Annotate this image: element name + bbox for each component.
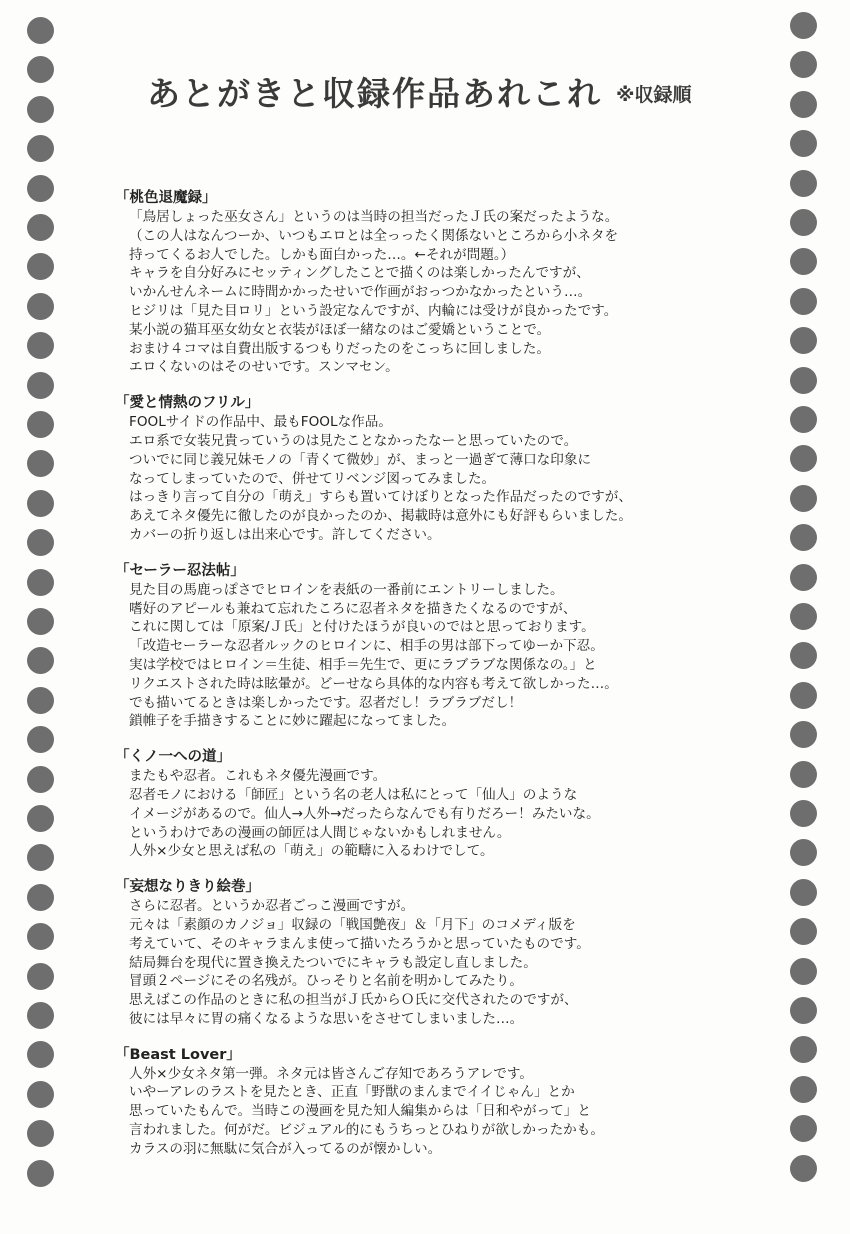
punch-hole-icon [27, 963, 54, 990]
text-line: エロくないのはそのせいです。スンマセン。 [117, 358, 737, 377]
text-line: またもや忍者。これもネタ優先漫画です。 [117, 767, 737, 786]
punch-hole-icon [790, 879, 817, 906]
text-line: なってしまっていたので、併せてリベンジ図ってみました。 [117, 470, 737, 489]
text-line: いやーアレのラストを見たとき、正直「野獣のまんまでイイじゃん」とか [117, 1083, 737, 1102]
punch-hole-icon [790, 445, 817, 472]
punch-hole-icon [790, 642, 817, 669]
punch-hole-icon [27, 96, 54, 123]
punch-hole-icon [790, 12, 817, 39]
punch-hole-icon [27, 923, 54, 950]
punch-hole-icon [27, 372, 54, 399]
text-line: 言われました。何がだ。ビジュアル的にもうちっとひねりが欲しかったかも。 [117, 1121, 737, 1140]
punch-hole-icon [27, 844, 54, 871]
page-title-note: ※収録順 [616, 84, 691, 106]
punch-holes-left [27, 0, 55, 1234]
section-heading: 「セーラー忍法帖」 [115, 561, 737, 581]
punch-hole-icon [790, 1115, 817, 1142]
punch-hole-icon [790, 603, 817, 630]
text-line: イメージがあるので。仙人→人外→だったらなんでも有りだろー！みたいな。 [117, 805, 737, 824]
punch-hole-icon [27, 293, 54, 320]
text-line: 人外×少女ネタ第一弾。ネタ元は皆さんご存知であろうアレです。 [117, 1065, 737, 1084]
punch-hole-icon [27, 1160, 54, 1187]
text-line: ついでに同じ義兄妹モノの「青くて微妙」が、まっと一過ぎて薄口な印象に [117, 451, 737, 470]
text-line: FOOLサイドの作品中、最もFOOLな作品。 [117, 413, 737, 432]
text-line: というわけであの漫画の師匠は人間じゃないかもしれません。 [117, 824, 737, 843]
text-line: エロ系で女装兄貴っていうのは見たことなかったなーと思っていたので。 [117, 432, 737, 451]
section-heading: 「桃色退魔録」 [115, 188, 737, 208]
punch-hole-icon [27, 135, 54, 162]
punch-hole-icon [790, 564, 817, 591]
punch-hole-icon [790, 170, 817, 197]
text-line: さらに忍者。というか忍者ごっこ漫画ですが。 [117, 897, 737, 916]
punch-hole-icon [790, 248, 817, 275]
text-line: あえてネタ優先に徹したのが良かったのか、掲載時は意外にも好評もらいました。 [117, 507, 737, 526]
punch-hole-icon [790, 800, 817, 827]
punch-hole-icon [27, 253, 54, 280]
punch-hole-icon [27, 490, 54, 517]
text-line: カバーの折り返しは出来心です。許してください。 [117, 526, 737, 545]
punch-hole-icon [790, 761, 817, 788]
text-line: でも描いてるときは楽しかったです。忍者だし！ラブラブだし！ [117, 694, 737, 713]
punch-hole-icon [27, 647, 54, 674]
text-line: いかんせんネームに時間かかったせいで作画がおっつかなかったという…。 [117, 283, 737, 302]
section-mousou: 「妄想なりきり絵巻」 さらに忍者。というか忍者ごっこ漫画ですが。 元々は「素顔の… [117, 877, 737, 1029]
punch-hole-icon [27, 726, 54, 753]
section-kunoichi: 「くノ一への道」 またもや忍者。これもネタ優先漫画です。 忍者モノにおける「師匠… [117, 747, 737, 861]
text-line: 結局舞台を現代に置き換えたついでにキャラも設定し直しました。 [117, 954, 737, 973]
page-title: あとがきと収録作品あれこれ※収録順 [147, 68, 691, 115]
punch-hole-icon [27, 529, 54, 556]
afterword-body: 「桃色退魔録」 「鳥居しょった巫女さん」というのは当時の担当だったＪ氏の案だった… [117, 188, 737, 1175]
punch-hole-icon [27, 687, 54, 714]
text-line: 思っていたもんで。当時この漫画を見た知人編集からは「日和やがって」と [117, 1102, 737, 1121]
text-line: 忍者モノにおける「師匠」という名の老人は私にとって「仙人」のような [117, 786, 737, 805]
punch-hole-icon [790, 288, 817, 315]
text-line: 「鳥居しょった巫女さん」というのは当時の担当だったＪ氏の案だったような。 [117, 208, 737, 227]
text-line: 冒頭２ページにその名残が。ひっそりと名前を明かしてみたり。 [117, 972, 737, 991]
punch-hole-icon [27, 766, 54, 793]
punch-hole-icon [790, 485, 817, 512]
punch-hole-icon [790, 997, 817, 1024]
punch-hole-icon [27, 17, 54, 44]
punch-hole-icon [27, 56, 54, 83]
punch-hole-icon [790, 51, 817, 78]
text-line: 思えばこの作品のときに私の担当がＪ氏からＯ氏に交代されたのですが、 [117, 991, 737, 1010]
section-frill: 「愛と情熱のフリル」 FOOLサイドの作品中、最もFOOLな作品。 エロ系で女装… [117, 393, 737, 545]
text-line: （この人はなんつーか、いつもエロとは全っったく関係ないところから小ネタを [117, 227, 737, 246]
punch-hole-icon [790, 406, 817, 433]
text-line: 考えていて、そのキャラまんま使って描いたろうかと思っていたものです。 [117, 935, 737, 954]
text-line: はっきり言って自分の「萌え」すらも置いてけぼりとなった作品だったのですが、 [117, 488, 737, 507]
punch-hole-icon [27, 608, 54, 635]
punch-hole-icon [27, 569, 54, 596]
punch-hole-icon [27, 805, 54, 832]
text-line: 彼には早々に胃の痛くなるような思いをさせてしまいました…。 [117, 1010, 737, 1029]
punch-hole-icon [27, 214, 54, 241]
punch-hole-icon [790, 91, 817, 118]
section-momoiro: 「桃色退魔録」 「鳥居しょった巫女さん」というのは当時の担当だったＪ氏の案だった… [117, 188, 737, 377]
punch-hole-icon [790, 958, 817, 985]
text-line: これに関しては「原案/Ｊ氏」と付けたほうが良いのではと思っております。 [117, 618, 737, 637]
punch-hole-icon [27, 332, 54, 359]
punch-hole-icon [27, 1041, 54, 1068]
punch-hole-icon [27, 1120, 54, 1147]
punch-hole-icon [27, 450, 54, 477]
punch-hole-icon [790, 1036, 817, 1063]
section-beast-lover: 「Beast Lover」 人外×少女ネタ第一弾。ネタ元は皆さんご存知であろうア… [117, 1045, 737, 1159]
punch-hole-icon [27, 411, 54, 438]
text-line: 嗜好のアピールも兼ねて忘れたころに忍者ネタを描きたくなるのですが、 [117, 600, 737, 619]
punch-hole-icon [790, 839, 817, 866]
punch-hole-icon [790, 682, 817, 709]
punch-hole-icon [27, 1002, 54, 1029]
punch-hole-icon [790, 721, 817, 748]
punch-hole-icon [790, 524, 817, 551]
punch-hole-icon [790, 1076, 817, 1103]
punch-hole-icon [790, 367, 817, 394]
punch-hole-icon [790, 209, 817, 236]
punch-hole-icon [790, 1155, 817, 1182]
punch-hole-icon [27, 884, 54, 911]
section-heading: 「Beast Lover」 [115, 1045, 737, 1065]
section-heading: 「妄想なりきり絵巻」 [115, 877, 737, 897]
punch-hole-icon [790, 327, 817, 354]
text-line: キャラを自分好みにセッティングしたことで描くのは楽しかったんですが、 [117, 264, 737, 283]
punch-hole-icon [27, 1081, 54, 1108]
section-heading: 「くノ一への道」 [115, 747, 737, 767]
text-line: 人外×少女と思えば私の「萌え」の範疇に入るわけでして。 [117, 842, 737, 861]
text-line: 「改造セーラーな忍者ルックのヒロインに、相手の男は部下ってゆーか下忍。 [117, 637, 737, 656]
punch-hole-icon [27, 175, 54, 202]
text-line: ヒジリは「見た目ロリ」という設定なんですが、内輪には受けが良かったです。 [117, 302, 737, 321]
section-sailor-ninpo: 「セーラー忍法帖」 見た目の馬鹿っぽさでヒロインを表紙の一番前にエントリーしまし… [117, 561, 737, 731]
section-heading: 「愛と情熱のフリル」 [115, 393, 737, 413]
punch-holes-right [790, 0, 818, 1234]
text-line: 持ってくるお人でした。しかも面白かった…。←それが問題。） [117, 246, 737, 265]
page-title-main: あとがきと収録作品あれこれ [147, 74, 602, 113]
text-line: 某小説の猫耳巫女幼女と衣装がほぼ一緒なのはご愛嬌ということで。 [117, 321, 737, 340]
text-line: 元々は「素顔のカノジョ」収録の「戦国艶夜」＆「月下」のコメディ版を [117, 916, 737, 935]
punch-hole-icon [790, 130, 817, 157]
text-line: おまけ４コマは自費出版するつもりだったのをこっちに回しました。 [117, 340, 737, 359]
punch-hole-icon [790, 918, 817, 945]
text-line: 見た目の馬鹿っぽさでヒロインを表紙の一番前にエントリーしました。 [117, 581, 737, 600]
text-line: 実は学校ではヒロイン＝生徒、相手＝先生で、更にラブラブな関係なの。」と [117, 656, 737, 675]
text-line: リクエストされた時は眩暈が。どーせなら具体的な内容も考えて欲しかった…。 [117, 675, 737, 694]
text-line: 鎖帷子を手描きすることに妙に躍起になってました。 [117, 712, 737, 731]
text-line: カラスの羽に無駄に気合が入ってるのが懐かしい。 [117, 1140, 737, 1159]
